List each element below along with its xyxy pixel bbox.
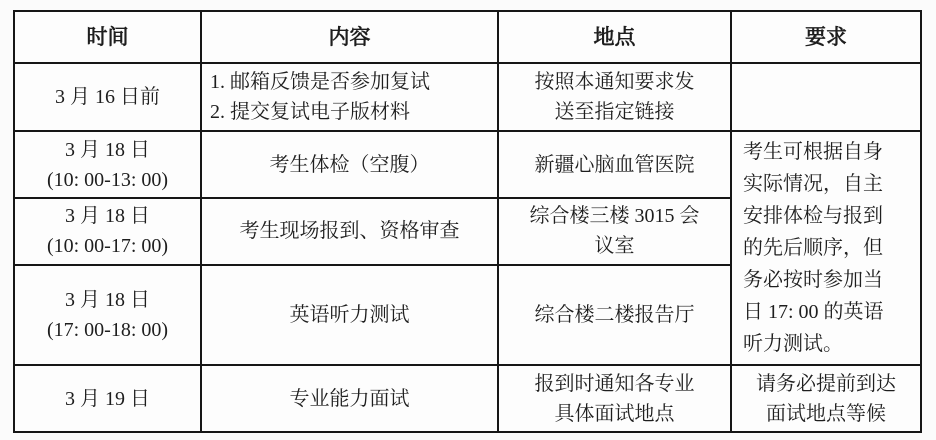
column-header-time: 时间 [14,11,201,63]
cell-location: 综合楼二楼报告厅 [498,265,731,365]
cell-content: 考生现场报到、资格审查 [201,198,498,264]
column-header-requirement: 要求 [731,11,921,63]
cell-content: 1. 邮箱反馈是否参加复试 2. 提交复试电子版材料 [201,63,498,131]
cell-content: 英语听力测试 [201,265,498,365]
cell-location: 报到时通知各专业 具体面试地点 [498,365,731,432]
cell-time: 3 月 19 日 [14,365,201,432]
table-header-row: 时间 内容 地点 要求 [14,11,921,63]
table-row: 3 月 16 日前 1. 邮箱反馈是否参加复试 2. 提交复试电子版材料 按照本… [14,63,921,131]
table-row: 3 月 18 日 (10: 00-13: 00) 考生体检（空腹） 新疆心脑血管… [14,131,921,198]
cell-content: 专业能力面试 [201,365,498,432]
column-header-location: 地点 [498,11,731,63]
cell-requirement: 请务必提前到达 面试地点等候 [731,365,921,432]
cell-location: 新疆心脑血管医院 [498,131,731,198]
table-row: 3 月 19 日 专业能力面试 报到时通知各专业 具体面试地点 请务必提前到达 … [14,365,921,432]
column-header-content: 内容 [201,11,498,63]
cell-time: 3 月 18 日 (17: 00-18: 00) [14,265,201,365]
schedule-table: 时间 内容 地点 要求 3 月 16 日前 1. 邮箱反馈是否参加复试 2. 提… [13,10,922,433]
cell-location: 综合楼三楼 3015 会 议室 [498,198,731,264]
cell-time: 3 月 16 日前 [14,63,201,131]
cell-location: 按照本通知要求发 送至指定链接 [498,63,731,131]
cell-requirement-merged: 考生可根据自身 实际情况，自主 安排体检与报到 的先后顺序，但 务必按时参加当 … [731,131,921,365]
cell-content: 考生体检（空腹） [201,131,498,198]
cell-requirement-empty [731,63,921,131]
cell-time: 3 月 18 日 (10: 00-13: 00) [14,131,201,198]
cell-time: 3 月 18 日 (10: 00-17: 00) [14,198,201,264]
